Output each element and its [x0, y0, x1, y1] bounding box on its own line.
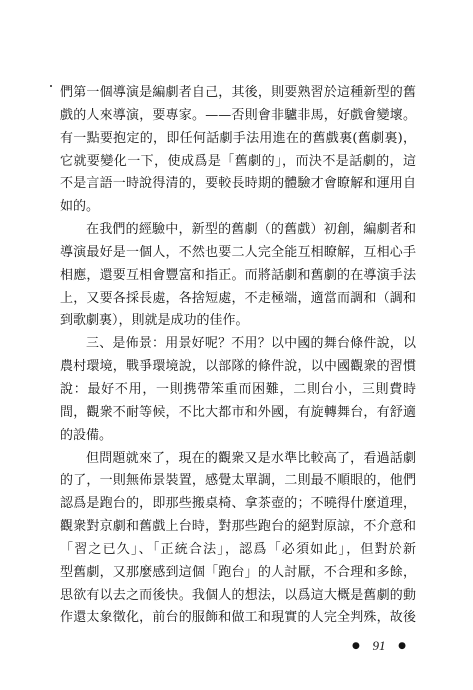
text-line: 作還太象徵化，前台的服飾和做工和現實的人完全判殊，故後 [60, 607, 416, 630]
page-number-value: 91 [373, 638, 386, 654]
text-line: 戲的人來導演，要專家。——否則會非驢非馬，好戲會變壞。 [60, 105, 416, 128]
text-line: 導演最好是一個人，不然也要二人完全能互相瞭解，互相心手 [60, 242, 416, 265]
text-line: 間，觀衆不耐等候，不比大都市和外國，有旋轉舞台，有舒適 [60, 402, 416, 425]
text-line: 認爲是跑台的，即那些搬桌椅、拿茶壺的；不曉得什麼道理， [60, 493, 416, 516]
text-line-paragraph-end: 到歌劇裏），則就是成功的佳作。 [60, 310, 416, 333]
text-line: 思欲有以去之而後快。我個人的想法，以爲這大概是舊劇的動 [60, 585, 416, 608]
text-line-paragraph-start: 三、是佈景：用景好呢？不用？以中國的舞台條件說，以 [60, 333, 416, 356]
text-line: 農村環境，戰爭環境說，以部隊的條件說，以中國觀衆的習慣 [60, 356, 416, 379]
text-line: 不是言語一時說得清的，要較長時期的體驗才會瞭解和運用自 [60, 173, 416, 196]
bullet-icon: ● [398, 641, 406, 651]
text-line: 型舊劇，又那麼感到這個「跑台」的人討厭，不合理和多餘， [60, 562, 416, 585]
text-line: 們第一個導演是編劇者自己，其後，則要熟習於這種新型的舊 [60, 82, 416, 105]
page-number: ● 91 ● [352, 637, 406, 655]
text-line: 相應，還要互相會豐富和指正。而將話劇和舊劇的在導演手法 [60, 265, 416, 288]
text-line-paragraph-start: 但問題就來了，現在的觀衆又是水準比較高了，看過話劇 [60, 448, 416, 471]
text-line: 有一點要抱定的，即任何話劇手法用進在的舊戲裏(舊劇裏)， [60, 128, 416, 151]
text-line: 觀衆對京劇和舊戲上台時，對那些跑台的絕對原諒，不介意和 [60, 516, 416, 539]
body-text: 們第一個導演是編劇者自己，其後，則要熟習於這種新型的舊 戲的人來導演，要專家。—… [60, 82, 416, 630]
text-line-paragraph-end: 的設備。 [60, 425, 416, 448]
text-line: 說：最好不用，一則携帶笨重而困難，二則台小，三則費時 [60, 379, 416, 402]
text-line: 的了，一則無佈景裝置，感覺太單調，二則最不順眼的，他們 [60, 470, 416, 493]
text-line: 上，又要各採長處，各捨短處，不走極端，適當而調和（調和 [60, 288, 416, 311]
text-line-paragraph-end: 如的。 [60, 196, 416, 219]
text-line-paragraph-start: 在我們的經驗中，新型的舊劇（的舊戲）初創，編劇者和 [60, 219, 416, 242]
text-line: 「習之已久」、「正統合法」，認爲「必須如此」，但對於新 [60, 539, 416, 562]
scan-mark [50, 85, 52, 87]
bullet-icon: ● [352, 641, 360, 651]
text-line: 它就要變化一下，使成爲是「舊劇的」，而決不是話劇的，這 [60, 151, 416, 174]
